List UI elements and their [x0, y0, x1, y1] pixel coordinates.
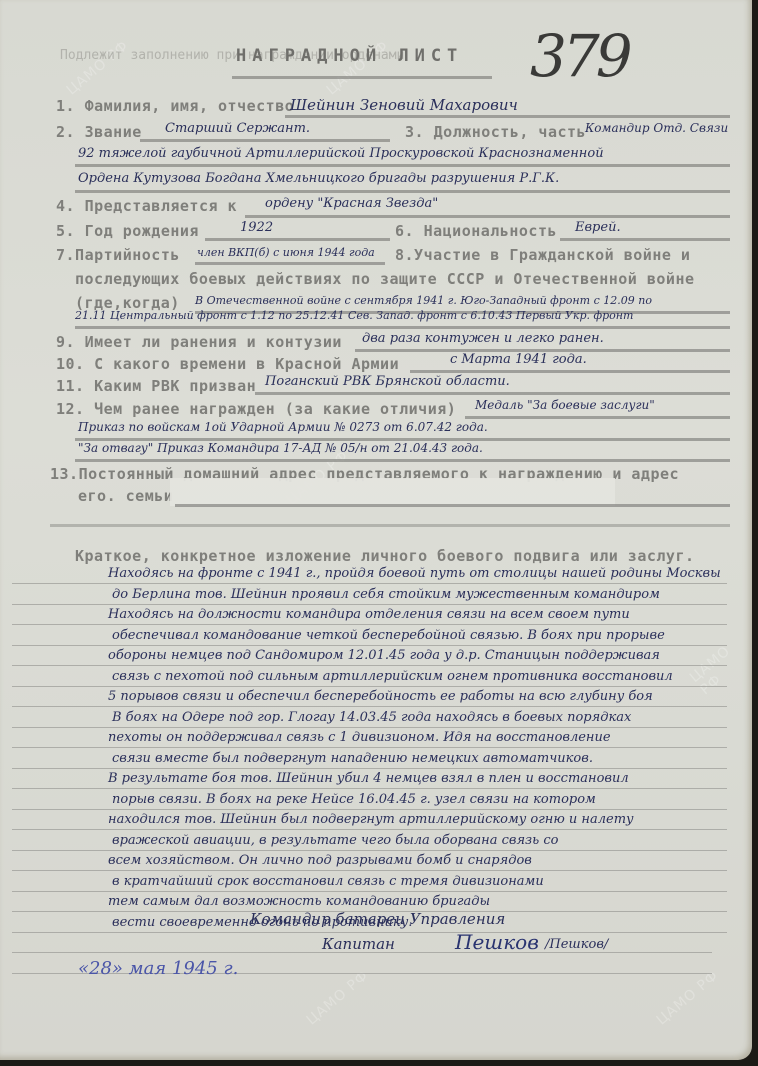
signature-position: Командир батареи Управления	[250, 910, 505, 928]
field-rule	[285, 115, 730, 118]
field-label-address-2: его. семьи	[78, 487, 173, 505]
field-value-award: ордену "Красная Звезда"	[265, 196, 438, 211]
ruled-line	[12, 788, 727, 789]
field-label-wounds: 9. Имеет ли ранения и контузии	[56, 333, 342, 351]
field-value-birth-year: 1922	[240, 220, 273, 235]
record-number: 379	[530, 22, 629, 90]
narrative-line: Находясь на фронте с 1941 г., пройдя бое…	[108, 566, 721, 581]
ruled-line	[12, 870, 727, 871]
watermark: ЦАМО РФ	[687, 634, 752, 698]
ruled-line	[12, 645, 727, 646]
signature: Пешков	[455, 930, 539, 954]
field-rule	[560, 238, 730, 241]
ruled-line	[12, 768, 727, 769]
narrative-line: В результате боя тов. Шейнин убил 4 немц…	[108, 771, 629, 786]
field-label-participation: 8.Участие в Гражданской войне и	[395, 246, 690, 264]
field-value-prior-awards-2: Приказ по войскам 1ой Ударной Армии № 02…	[78, 420, 488, 434]
narrative-line: в кратчайший срок восстановил связь с тр…	[112, 874, 544, 889]
watermark: ЦАМО РФ	[654, 968, 722, 1029]
document-title: НАГРАДНОЙ ЛИСТ	[236, 46, 463, 66]
field-rule	[75, 326, 730, 329]
section-divider	[50, 524, 730, 527]
ruled-line	[12, 809, 727, 810]
field-value-unit-line2: Ордена Кутузова Богдана Хмельницкого бри…	[78, 171, 559, 186]
field-label-name: 1. Фамилия, имя, отчество	[56, 97, 294, 115]
ruled-line	[12, 604, 727, 605]
ruled-line	[12, 829, 727, 830]
field-rule	[410, 370, 730, 373]
narrative-line: связи вместе был подвергнут нападению не…	[112, 751, 593, 766]
watermark: ЦАМО РФ	[64, 38, 132, 99]
field-value-unit-line1: 92 тяжелой гаубичной Артиллерийской Прос…	[78, 146, 604, 161]
ruled-line	[12, 727, 727, 728]
title-underline	[232, 76, 492, 79]
signature-name: /Пешков/	[545, 937, 608, 952]
signature-rank: Капитан	[322, 935, 395, 953]
field-rule	[75, 459, 730, 462]
field-rule	[140, 139, 390, 142]
field-value-prior-awards-1: Медаль "За боевые заслуги"	[475, 398, 655, 412]
narrative-line: связь с пехотой под сильным артиллерийск…	[112, 669, 673, 684]
narrative-line: В боях на Одере под гор. Глогау 14.03.45…	[112, 710, 631, 725]
section-heading: Краткое, конкретное изложение личного бо…	[75, 547, 695, 565]
field-value-rvk: Поганский РВК Брянской области.	[265, 374, 510, 389]
watermark: ЦАМО РФ	[304, 968, 372, 1029]
narrative-line: тем самым дал возможность командованию б…	[108, 894, 490, 909]
field-label-position: 3. Должность, часть	[405, 123, 586, 141]
field-value-rank: Старший Сержант.	[165, 121, 310, 136]
field-rule	[255, 392, 730, 395]
narrative-line: обеспечивал командование четкой беспереб…	[112, 628, 665, 643]
field-value-wounds: два раза контужен и легко ранен.	[362, 331, 604, 346]
field-rule	[75, 164, 730, 167]
narrative-line: пехоты он поддерживал связь с 1 дивизион…	[108, 730, 611, 745]
field-label-participation-2: последующих боевых действиях по защите С…	[75, 270, 695, 288]
field-value-position: Командир Отд. Связи	[585, 121, 728, 135]
field-label-rvk: 11. Каким РВК призван	[56, 377, 256, 395]
field-label-award: 4. Представляется к	[56, 197, 237, 215]
field-label-prior-awards: 12. Чем ранее награжден (за какие отличи…	[56, 400, 456, 418]
document-date: «28» мая 1945 г.	[78, 958, 238, 979]
narrative-line: вражеской авиации, в результате чего был…	[112, 833, 558, 848]
ruled-line	[12, 624, 727, 625]
field-rule	[465, 416, 730, 419]
field-value-party: член ВКП(б) с июня 1944 года	[197, 246, 375, 259]
field-rule	[75, 190, 730, 193]
narrative-line: 5 порывов связи и обеспечил бесперебойно…	[108, 689, 653, 704]
ruled-line	[12, 706, 727, 707]
field-label-rank: 2. Звание	[56, 123, 142, 141]
field-value-army-since: с Марта 1941 года.	[450, 352, 587, 367]
field-value-nationality: Еврей.	[575, 220, 621, 235]
field-rule	[175, 504, 730, 507]
ruled-line	[12, 932, 727, 933]
narrative-line: Находясь на должности командира отделени…	[108, 607, 630, 622]
redacted-address	[170, 478, 615, 506]
award-sheet-page: ЦАМО РФ ЦАМО РФ ЦАМО РФ ЦАМО РФ ЦАМО РФ …	[0, 0, 752, 1060]
field-label-nationality: 6. Национальность	[395, 222, 557, 240]
field-label-army-since: 10. С какого времени в Красной Армии	[56, 355, 399, 373]
ruled-line	[12, 850, 727, 851]
field-value-participation: В Отечественной войне с сентября 1941 г.…	[195, 294, 652, 307]
ruled-line	[12, 891, 727, 892]
field-label-party: 7.Партийность	[56, 246, 180, 264]
field-rule	[205, 238, 390, 241]
field-value-participation-2: 21.11 Центральный фронт с 1.12 по 25.12.…	[75, 309, 633, 322]
narrative-line: всем хозяйством. Он лично под разрывами …	[108, 853, 532, 868]
narrative-line: порыв связи. В боях на реке Нейсе 16.04.…	[112, 792, 596, 807]
ruled-line	[12, 686, 727, 687]
field-value-name: Шейнин Зеновий Махарович	[290, 96, 518, 114]
narrative-line: до Берлина тов. Шейнин проявил себя стой…	[112, 587, 660, 602]
narrative-line: обороны немцев под Сандомиром 12.01.45 г…	[108, 648, 660, 663]
narrative-line: находился тов. Шейнин был подвергнут арт…	[108, 812, 634, 827]
ruled-line	[12, 747, 727, 748]
field-value-prior-awards-3: "За отвагу" Приказ Командира 17-АД № 05/…	[78, 441, 483, 455]
field-label-birth-year: 5. Год рождения	[56, 222, 199, 240]
field-rule	[245, 215, 730, 218]
ruled-line	[12, 665, 727, 666]
ruled-line	[12, 583, 727, 584]
field-rule	[195, 262, 385, 265]
